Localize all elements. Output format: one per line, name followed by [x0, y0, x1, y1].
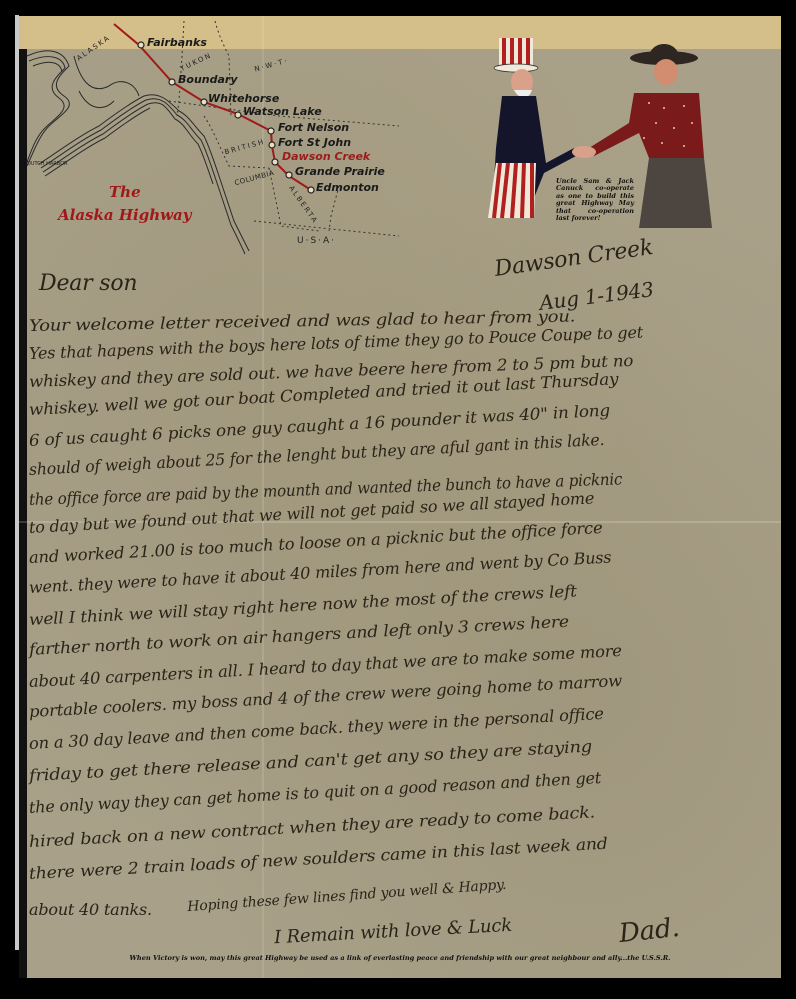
cartoon-caption: Uncle Sam & Jack Canuck co-operate as on… — [556, 178, 634, 222]
map-title-alaska-highway: Alaska Highway — [58, 206, 191, 224]
map-stop-grande-prairie: Grande Prairie — [295, 165, 385, 178]
uncle-sam-jack-canuck-cartoon: Uncle Sam & Jack Canuck co-operate as on… — [474, 38, 734, 228]
map-stop-fort-nelson: Fort Nelson — [278, 121, 349, 134]
map-title-the: The — [109, 183, 141, 201]
map-stop-fairbanks: Fairbanks — [147, 36, 207, 49]
letter-line: about 40 tanks. — [29, 900, 152, 919]
map-stop-dawson-creek: Dawson Creek — [282, 150, 370, 163]
letterhead-footer-slogan: When Victory is won, may this great High… — [19, 954, 781, 962]
letter-signature: Dad. — [618, 913, 681, 949]
map-stop-watson-lake: Watson Lake — [243, 105, 322, 118]
map-stop-boundary: Boundary — [178, 73, 238, 86]
map-stop-edmonton: Edmonton — [316, 181, 379, 194]
alaska-highway-map: Fairbanks Boundary Whitehorse Watson Lak… — [19, 16, 399, 256]
map-stop-fort-st-john: Fort St John — [278, 136, 351, 149]
letter-closing-wish: Hoping these few lines find you well & H… — [187, 877, 507, 915]
region-usa: U·S·A· — [297, 236, 336, 246]
letter-place: Dawson Creek — [493, 235, 655, 282]
letter-closing: I Remain with love & Luck — [274, 915, 513, 948]
map-stop-whitehorse: Whitehorse — [208, 92, 279, 105]
letter-salutation: Dear son — [39, 271, 137, 296]
region-dutch-harbor: DUTCH HARBOR — [27, 161, 68, 167]
letter-page: Fairbanks Boundary Whitehorse Watson Lak… — [19, 16, 781, 978]
